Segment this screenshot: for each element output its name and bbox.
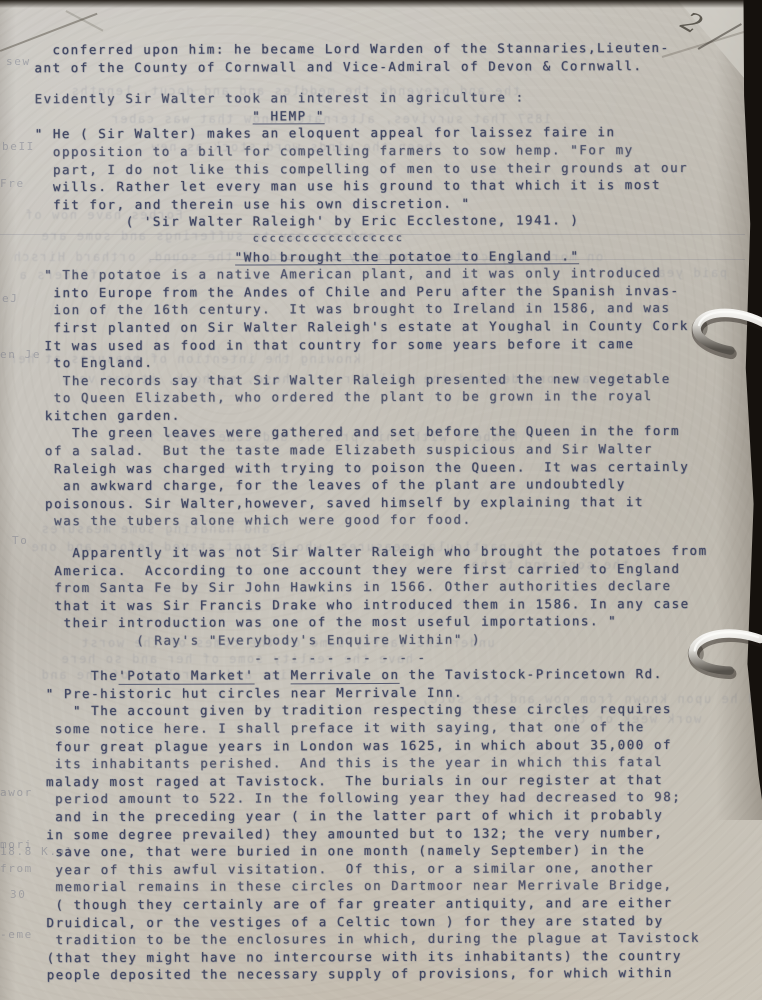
typed-line: The'Potato Market' at Merrivale on the T…: [1, 665, 762, 685]
typed-line: from Santa Fe by Sir John Hawkins in 156…: [0, 577, 762, 597]
typed-line: memorial remains in these circles on Dar…: [1, 876, 762, 896]
typed-line: part, I do not like this compelling of m…: [0, 158, 761, 178]
typed-line: - - - - - - - - - -: [0, 647, 762, 667]
typed-line: and in the preceding year ( in the latte…: [1, 806, 762, 826]
typed-line: cccccccccccccccccc: [0, 229, 761, 249]
typed-line: period amount to 522. In the following y…: [1, 788, 762, 808]
document-photo: the and prevende the meddles and and doc…: [0, 0, 762, 1000]
typed-line: Apparently it was not Sir Walter Raleigh…: [0, 542, 762, 562]
typed-text: conferred upon him: he became Lord Warde…: [0, 39, 762, 985]
typed-line: ion of the 16th century. It was brought …: [0, 299, 761, 319]
binder-ring-top-icon: [683, 300, 762, 372]
typed-line: of a salad. But the taste made Elizabeth…: [0, 440, 762, 460]
typed-line: in some degree prevailed) they amounted …: [1, 823, 762, 843]
typed-line: Raleigh was charged with trying to poiso…: [0, 457, 762, 477]
typed-line: to Queen Elizabeth, who ordered the plan…: [0, 387, 762, 407]
photo-top-edge: [0, 0, 762, 8]
typed-line: people deposited the necessary supply of…: [2, 964, 762, 984]
typed-line: tradition to be the enclosures in which,…: [1, 929, 762, 949]
archive-photo-page: { "page": { "page_number": "2", "ink_col…: [0, 0, 762, 1000]
typed-line: some notice here. I shall preface it wit…: [1, 718, 762, 738]
typed-line: wills. Rather let every man use his grou…: [0, 176, 761, 196]
binder-ring-bottom-icon: [680, 622, 762, 690]
typed-line: its inhabitants perished. And this is th…: [1, 753, 762, 773]
typed-line: " The potatoe is a native American plant…: [0, 264, 761, 284]
typed-line: Evidently Sir Walter took an interest in…: [0, 88, 761, 108]
typed-line: ( though they certainly are of far great…: [1, 894, 762, 914]
typed-line: first planted on Sir Walter Raleigh's es…: [0, 317, 761, 337]
typed-line: conferred upon him: he became Lord Warde…: [0, 39, 760, 59]
typed-line: that it was Sir Francis Drake who introd…: [0, 594, 762, 614]
typed-line: was the tubers alone which were good for…: [0, 510, 762, 530]
